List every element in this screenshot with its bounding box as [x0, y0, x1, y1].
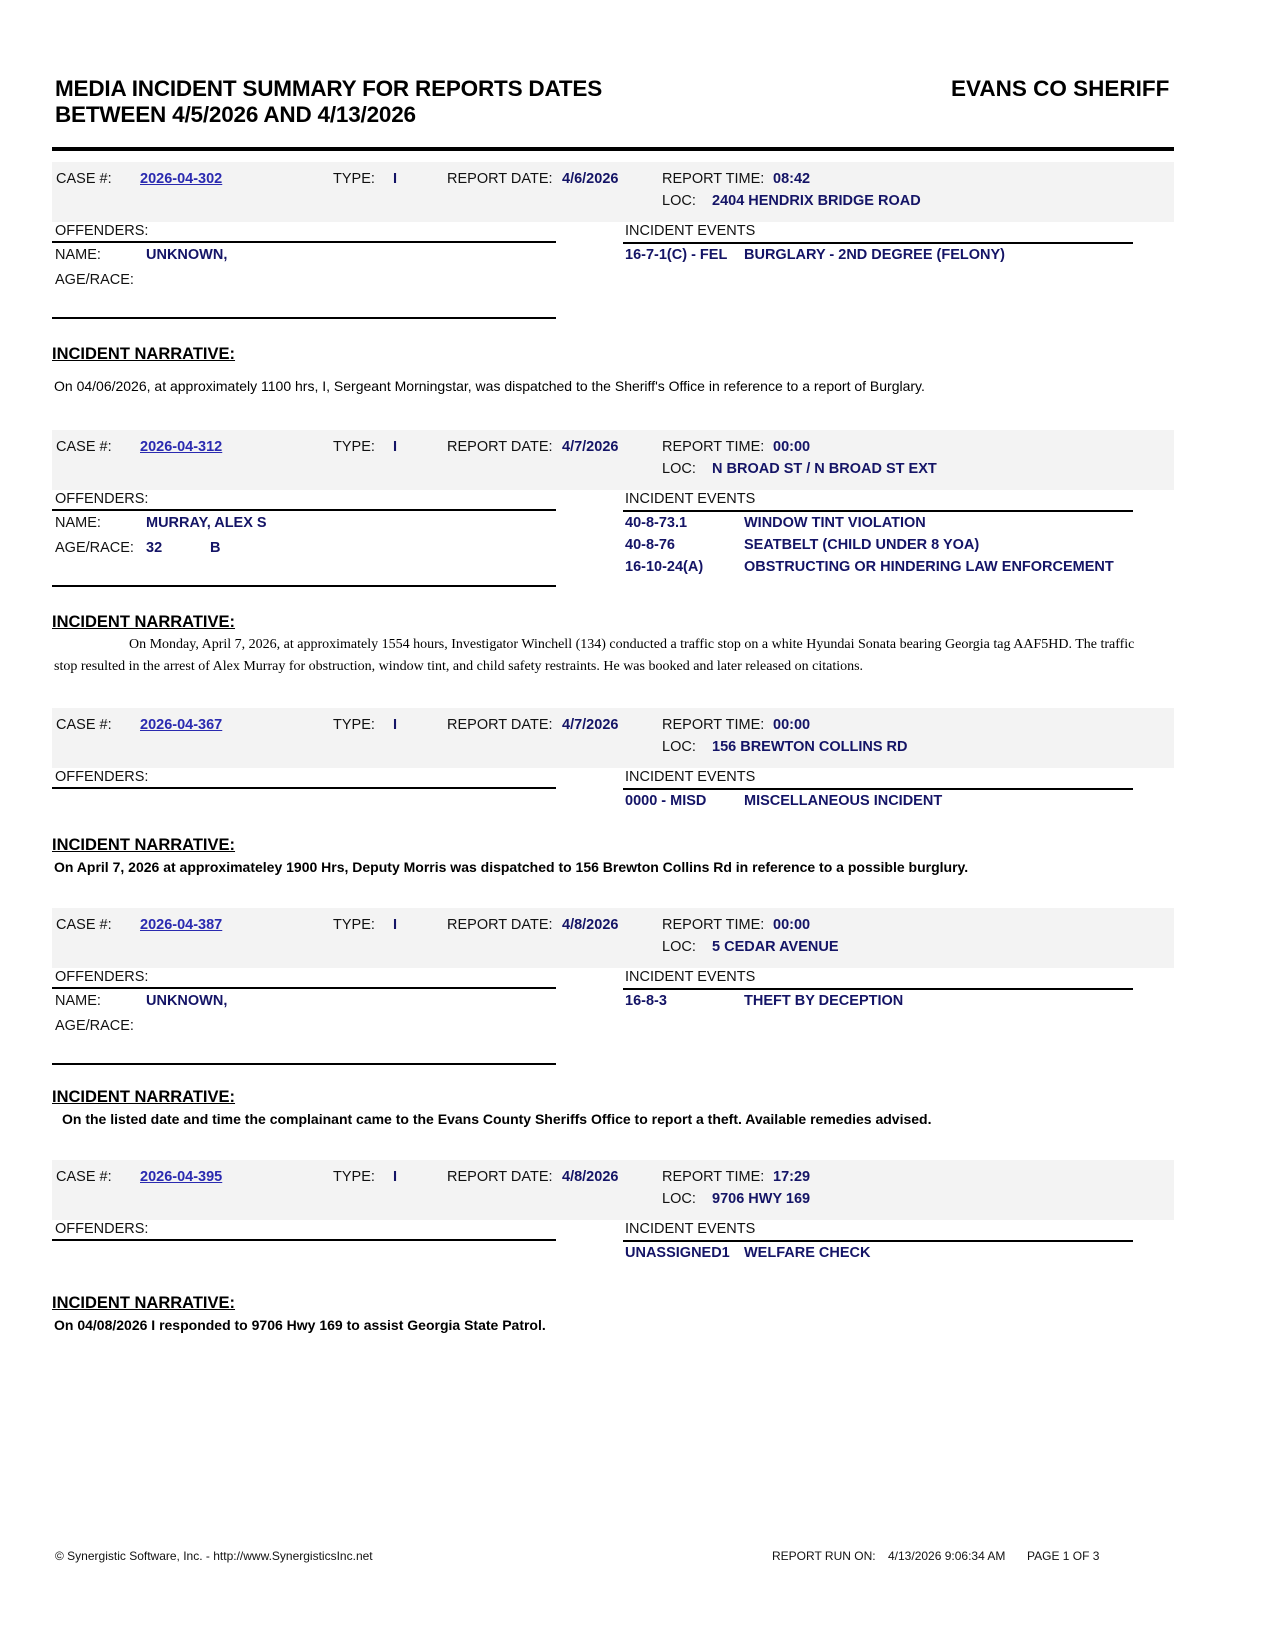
narrative-heading: INCIDENT NARRATIVE: — [52, 613, 235, 632]
narrative-text: On Monday, April 7, 2026, at approximate… — [54, 634, 1144, 678]
event-code: 40-8-73.1 — [625, 515, 687, 531]
header-divider — [52, 147, 1174, 151]
narrative-heading: INCIDENT NARRATIVE: — [52, 345, 235, 364]
narrative-text: On 04/06/2026, at approximately 1100 hrs… — [54, 378, 925, 394]
offender-race-value: B — [210, 540, 220, 556]
type-label: TYPE: — [333, 1169, 375, 1185]
offender-age-race-label: AGE/RACE: — [55, 540, 134, 556]
narrative-text: On April 7, 2026 at approximateley 1900 … — [54, 859, 968, 875]
case-number-label: CASE #: — [56, 917, 112, 933]
type-value: I — [393, 717, 397, 733]
incident-events-divider — [623, 510, 1133, 512]
offenders-label: OFFENDERS: — [55, 969, 148, 985]
location-label: LOC: — [662, 939, 696, 955]
agency-name: EVANS CO SHERIFF — [951, 76, 1169, 102]
report-date-value: 4/8/2026 — [562, 1169, 618, 1185]
event-description: WINDOW TINT VIOLATION — [744, 515, 926, 531]
incident-events-label: INCIDENT EVENTS — [625, 969, 755, 985]
narrative-text: On the listed date and time the complain… — [62, 1111, 932, 1127]
event-code: UNASSIGNED1 — [625, 1245, 730, 1261]
incident-events-label: INCIDENT EVENTS — [625, 769, 755, 785]
report-title: MEDIA INCIDENT SUMMARY FOR REPORTS DATES… — [55, 76, 602, 128]
case-number-link[interactable]: 2026-04-302 — [140, 171, 222, 187]
case-number-link[interactable]: 2026-04-367 — [140, 717, 222, 733]
offender-name-value: UNKNOWN, — [146, 993, 227, 1009]
offender-name-value: UNKNOWN, — [146, 247, 227, 263]
offender-name-label: NAME: — [55, 993, 101, 1009]
report-time-label: REPORT TIME: — [662, 917, 764, 933]
incident-events-divider — [623, 988, 1133, 990]
report-date-label: REPORT DATE: — [447, 717, 553, 733]
report-date-value: 4/7/2026 — [562, 439, 618, 455]
offenders-label: OFFENDERS: — [55, 1221, 148, 1237]
offender-name-label: NAME: — [55, 247, 101, 263]
incident-events-label: INCIDENT EVENTS — [625, 223, 755, 239]
offender-name-value: MURRAY, ALEX S — [146, 515, 267, 531]
offenders-label: OFFENDERS: — [55, 223, 148, 239]
type-value: I — [393, 1169, 397, 1185]
incident-events-divider — [623, 1240, 1133, 1242]
location-value: 9706 HWY 169 — [712, 1191, 810, 1207]
offender-age-value: 32 — [146, 540, 162, 556]
location-value: 156 BREWTON COLLINS RD — [712, 739, 908, 755]
report-run-value: 4/13/2026 9:06:34 AM — [888, 1549, 1005, 1563]
location-value: 5 CEDAR AVENUE — [712, 939, 839, 955]
offenders-divider — [52, 987, 556, 989]
offender-name-label: NAME: — [55, 515, 101, 531]
event-code: 16-8-3 — [625, 993, 667, 1009]
type-label: TYPE: — [333, 171, 375, 187]
report-date-value: 4/8/2026 — [562, 917, 618, 933]
report-time-value: 17:29 — [773, 1169, 810, 1185]
case-number-link[interactable]: 2026-04-395 — [140, 1169, 222, 1185]
copyright-notice: © Synergistic Software, Inc. - http://ww… — [55, 1549, 373, 1563]
report-date-value: 4/6/2026 — [562, 171, 618, 187]
location-label: LOC: — [662, 1191, 696, 1207]
event-description: SEATBELT (CHILD UNDER 8 YOA) — [744, 537, 979, 553]
report-date-label: REPORT DATE: — [447, 1169, 553, 1185]
offender-age-race-label: AGE/RACE: — [55, 1018, 134, 1034]
type-label: TYPE: — [333, 717, 375, 733]
case-number-link[interactable]: 2026-04-312 — [140, 439, 222, 455]
offenders-label: OFFENDERS: — [55, 769, 148, 785]
case-number-link[interactable]: 2026-04-387 — [140, 917, 222, 933]
type-label: TYPE: — [333, 917, 375, 933]
type-value: I — [393, 439, 397, 455]
narrative-heading: INCIDENT NARRATIVE: — [52, 1088, 235, 1107]
report-date-label: REPORT DATE: — [447, 439, 553, 455]
event-description: MISCELLANEOUS INCIDENT — [744, 793, 942, 809]
narrative-heading: INCIDENT NARRATIVE: — [52, 836, 235, 855]
event-description: OBSTRUCTING OR HINDERING LAW ENFORCEMENT — [744, 559, 1114, 575]
offenders-divider — [52, 787, 556, 789]
offender-section-end-divider — [52, 317, 556, 319]
offenders-divider — [52, 241, 556, 243]
event-code: 16-7-1(C) - FEL — [625, 247, 727, 263]
narrative-heading: INCIDENT NARRATIVE: — [52, 1294, 235, 1313]
offenders-divider — [52, 509, 556, 511]
type-value: I — [393, 917, 397, 933]
narrative-text: On 04/08/2026 I responded to 9706 Hwy 16… — [54, 1317, 546, 1333]
offender-age-race-label: AGE/RACE: — [55, 272, 134, 288]
offenders-label: OFFENDERS: — [55, 491, 148, 507]
report-time-value: 00:00 — [773, 717, 810, 733]
report-title-line1: MEDIA INCIDENT SUMMARY FOR REPORTS DATES — [55, 76, 602, 102]
location-value: 2404 HENDRIX BRIDGE ROAD — [712, 193, 921, 209]
incident-events-divider — [623, 788, 1133, 790]
case-number-label: CASE #: — [56, 171, 112, 187]
offender-section-end-divider — [52, 585, 556, 587]
incident-events-label: INCIDENT EVENTS — [625, 491, 755, 507]
offenders-divider — [52, 1239, 556, 1241]
event-code: 0000 - MISD — [625, 793, 706, 809]
offender-section-end-divider — [52, 1063, 556, 1065]
event-code: 40-8-76 — [625, 537, 675, 553]
report-time-value: 00:00 — [773, 439, 810, 455]
report-time-label: REPORT TIME: — [662, 171, 764, 187]
report-time-label: REPORT TIME: — [662, 439, 764, 455]
report-time-value: 08:42 — [773, 171, 810, 187]
report-time-value: 00:00 — [773, 917, 810, 933]
case-number-label: CASE #: — [56, 1169, 112, 1185]
event-description: BURGLARY - 2ND DEGREE (FELONY) — [744, 247, 1005, 263]
type-label: TYPE: — [333, 439, 375, 455]
location-label: LOC: — [662, 739, 696, 755]
event-code: 16-10-24(A) — [625, 559, 703, 575]
incident-events-divider — [623, 242, 1133, 244]
report-time-label: REPORT TIME: — [662, 1169, 764, 1185]
location-label: LOC: — [662, 461, 696, 477]
location-label: LOC: — [662, 193, 696, 209]
report-date-label: REPORT DATE: — [447, 917, 553, 933]
report-title-line2: BETWEEN 4/5/2026 AND 4/13/2026 — [55, 102, 602, 128]
location-value: N BROAD ST / N BROAD ST EXT — [712, 461, 937, 477]
report-date-value: 4/7/2026 — [562, 717, 618, 733]
case-number-label: CASE #: — [56, 439, 112, 455]
report-time-label: REPORT TIME: — [662, 717, 764, 733]
type-value: I — [393, 171, 397, 187]
report-run-label: REPORT RUN ON: — [772, 1549, 876, 1563]
case-number-label: CASE #: — [56, 717, 112, 733]
event-description: THEFT BY DECEPTION — [744, 993, 903, 1009]
report-date-label: REPORT DATE: — [447, 171, 553, 187]
event-description: WELFARE CHECK — [744, 1245, 870, 1261]
incident-events-label: INCIDENT EVENTS — [625, 1221, 755, 1237]
page-indicator: PAGE 1 OF 3 — [1027, 1549, 1099, 1563]
